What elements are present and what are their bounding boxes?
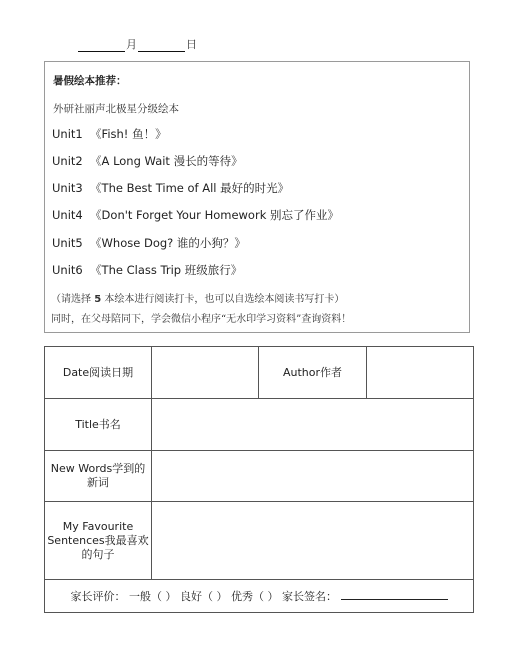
title-label-cell: Title书名 [45,399,152,451]
unit-number: Unit2 [52,154,83,168]
new-words-label-cell: New Words学到的新词 [45,451,152,502]
date-input-cell[interactable] [152,347,259,399]
signature-label: 家长签名： [282,590,337,603]
recommendation-box: 暑假绘本推荐： 外研社丽声北极星分级绘本 Unit1 《Fish! 鱼！》 Un… [44,61,470,333]
day-blank[interactable] [138,39,185,52]
parent-eval-label: 家长评价： [71,590,126,603]
unit-title: 《Fish! 鱼！》 [90,127,167,141]
author-label-cell: Author作者 [259,347,367,399]
favourite-sentences-label-cell: My Favourite Sentences我最喜欢的句子 [45,502,152,580]
unit-item: Unit2 《A Long Wait 漫长的等待》 [52,153,243,169]
month-blank[interactable] [78,39,125,52]
date-line: 月 日 [78,36,198,52]
month-label: 月 [126,38,137,52]
unit-title: 《The Class Trip 班级旅行》 [90,263,242,277]
date-label-cell: Date阅读日期 [45,347,152,399]
eval-option-good[interactable]: 良好（ ） [180,590,228,603]
new-words-input-cell[interactable] [152,451,474,502]
day-label: 日 [186,38,197,52]
unit-item: Unit4 《Don't Forget Your Homework 别忘了作业》 [52,207,339,223]
unit-number: Unit5 [52,236,83,250]
reading-log-table: Date阅读日期 Author作者 Title书名 New Words学到的新词… [44,346,474,613]
favourite-sentences-input-cell[interactable] [152,502,474,580]
unit-number: Unit3 [52,181,83,195]
unit-item: Unit1 《Fish! 鱼！》 [52,126,167,142]
instruction-note-2: 同时，在父母陪同下，学会微信小程序“无水印学习资料”查询资料！ [51,310,351,325]
book-count: 5 [94,294,101,305]
unit-item: Unit3 《The Best Time of All 最好的时光》 [52,180,289,196]
unit-item: Unit6 《The Class Trip 班级旅行》 [52,262,242,278]
instruction-note: （请选择 5 本绘本进行阅读打卡，也可以自选绘本阅读书写打卡） [51,290,344,305]
unit-title: 《The Best Time of All 最好的时光》 [90,181,289,195]
series-name: 外研社丽声北极星分级绘本 [53,101,179,116]
signature-blank[interactable] [341,588,448,600]
unit-title: 《Don't Forget Your Homework 别忘了作业》 [90,208,339,222]
parent-evaluation-row: 家长评价： 一般（ ） 良好（ ） 优秀（ ） 家长签名： [45,580,474,613]
unit-number: Unit4 [52,208,83,222]
unit-number: Unit6 [52,263,83,277]
unit-title: 《Whose Dog? 谁的小狗？》 [90,236,246,250]
recommendation-heading: 暑假绘本推荐： [53,73,127,88]
unit-title: 《A Long Wait 漫长的等待》 [90,154,243,168]
unit-number: Unit1 [52,127,83,141]
unit-item: Unit5 《Whose Dog? 谁的小狗？》 [52,235,246,251]
title-input-cell[interactable] [152,399,474,451]
eval-option-excellent[interactable]: 优秀（ ） [231,590,279,603]
eval-option-average[interactable]: 一般（ ） [129,590,177,603]
author-input-cell[interactable] [367,347,474,399]
